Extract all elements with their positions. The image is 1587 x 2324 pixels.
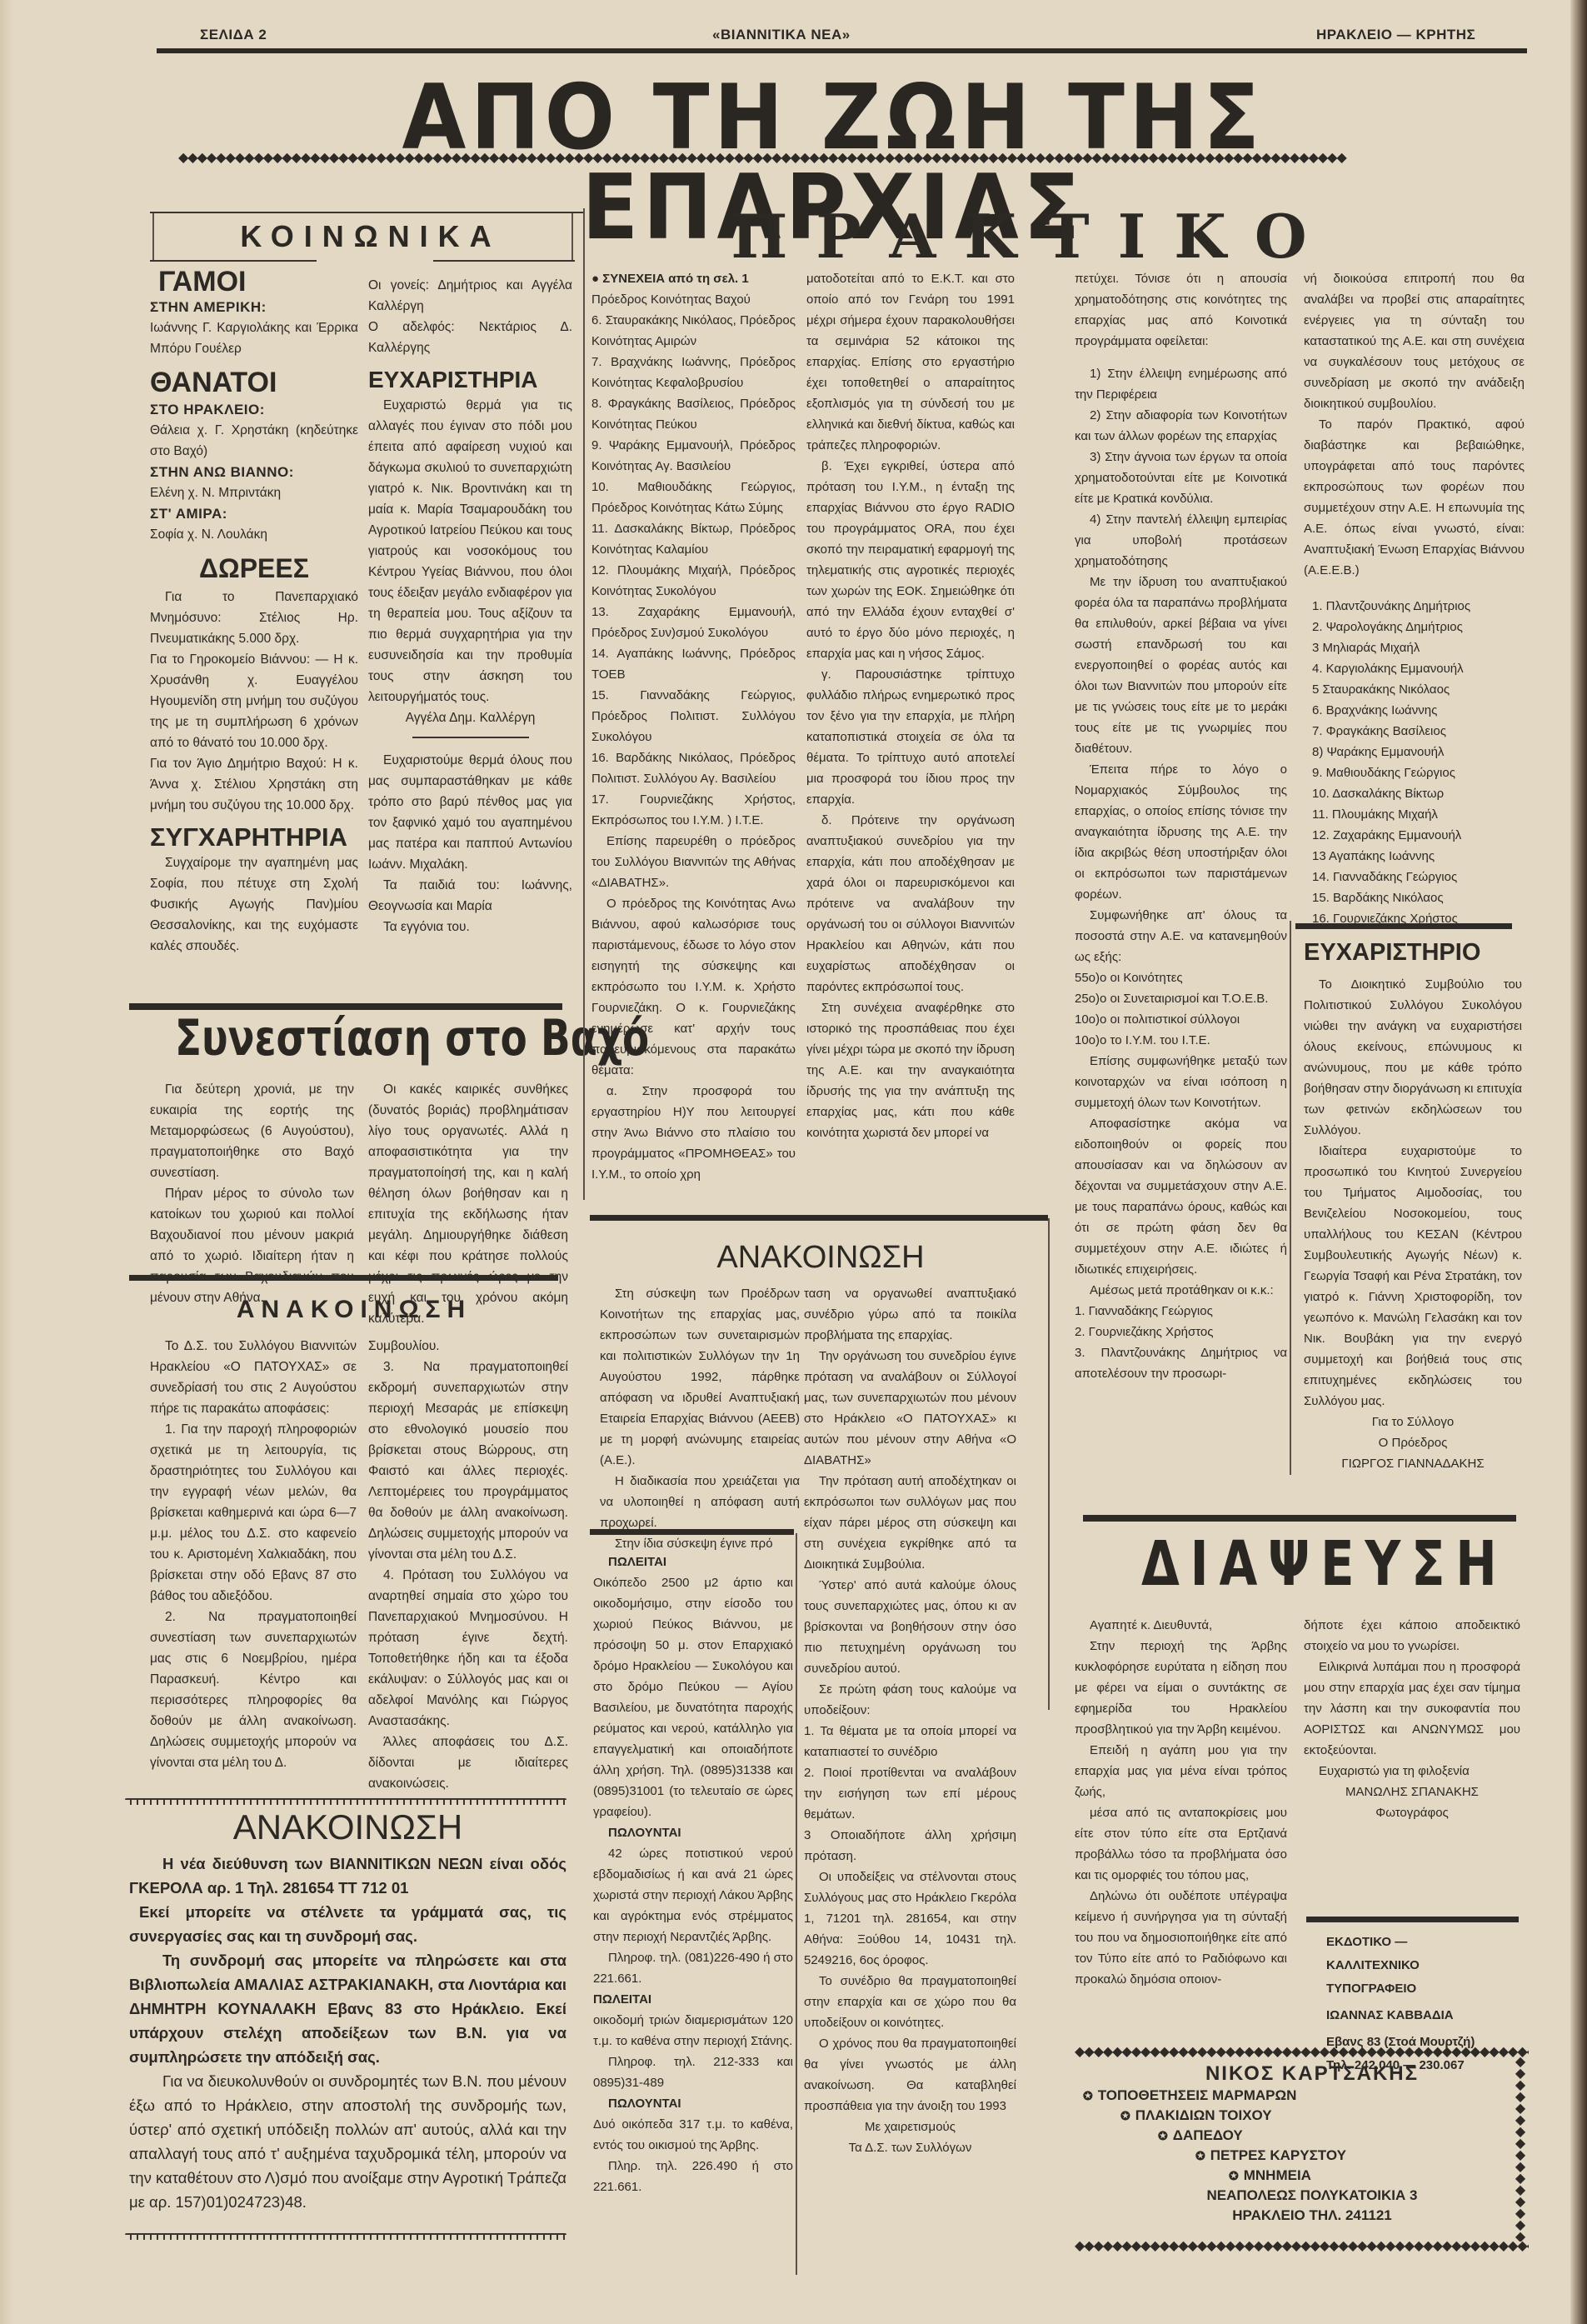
anakoinosi-synedrio-top-rule [590, 1215, 1048, 1221]
signatory: 5 Σταυρακάκης Νικόλαος [1304, 679, 1525, 700]
synedrio-paragraph: Οι υποδείξεις να στέλνονται στους Συλλόγ… [804, 1867, 1016, 1971]
ad-item: ✪ΔΑΠΕΔΟΥ [1075, 2126, 1516, 2146]
star-icon: ✪ [1229, 2169, 1239, 2182]
diapseusi-title: ΔΙΑΨΕΥΣΗ [1141, 1533, 1508, 1595]
eucharistirio-section: ΕΥΧΑΡΙΣΤΗΡΙΟ Το Διοικητικό Συμβούλιο του… [1304, 937, 1522, 1474]
praktiko-paragraph: 1) Στην έλλειψη ενημέρωσης από την Περιφ… [1075, 363, 1287, 405]
ad-item-label: ΔΑΠΕΔΟΥ [1173, 2127, 1243, 2143]
classified-text: 42 ώρες ποτιστικού νερού εβδομαδισίως ή … [593, 1843, 793, 1947]
koinonika-title: ΚΟΙΝΩΝΙΚΑ [154, 215, 587, 258]
eucharistiria-divider [412, 737, 529, 738]
praktiko-quota: 10ο)ο το Ι.Υ.Μ. του Ι.Τ.Ε. [1075, 1030, 1287, 1051]
ad-border-top: ◆◆◆◆◆◆◆◆◆◆◆◆◆◆◆◆◆◆◆◆◆◆◆◆◆◆◆◆◆◆◆◆◆◆◆◆◆◆◆◆… [1075, 2046, 1529, 2059]
praktiko-line: 7. Βραχνάκης Ιωάννης, Πρόεδρος Κοινότητα… [591, 352, 796, 393]
thanatoi-text-1: Θάλεια χ. Γ. Χρηστάκη (κηδεύτηκε στο Βαχ… [150, 420, 358, 462]
brother-line: Ο αδελφός: Νεκτάριος Δ. Καλλέργης [368, 317, 572, 358]
thanatoi-place-3: ΣΤ' ΑΜΙΡΑ: [150, 503, 358, 524]
header-rule [157, 48, 1527, 53]
synedrio-paragraph: Το συνέδριο θα πραγματοποιηθεί στην επαρ… [804, 1971, 1016, 2033]
anakoinosi-synedrio-col-2: ταση να οργανωθεί αναπτυξιακό συνέδριο γ… [804, 1283, 1016, 2158]
diamond-divider: ◆◆◆◆◆◆◆◆◆◆◆◆◆◆◆◆◆◆◆◆◆◆◆◆◆◆◆◆◆◆◆◆◆◆◆◆◆◆◆◆… [178, 152, 1486, 165]
page-edge-left [0, 0, 13, 2324]
eucharistirio-title: ΕΥΧΑΡΙΣΤΗΡΙΟ [1304, 937, 1522, 967]
praktiko-line: 6. Σταυρακάκης Νικόλαος, Πρόεδρος Κοινότ… [591, 310, 796, 352]
classified-contact: Πληρ. τηλ. 226.490 ή στο 221.661. [593, 2156, 793, 2197]
signatory: 1. Πλαντζουνάκης Δημήτριος [1304, 596, 1525, 617]
praktiko-paragraph: Συμφωνήθηκε απ' όλους τα ποσοστά στην Α.… [1075, 905, 1287, 967]
diapseusi-top-rule [1083, 1515, 1516, 1522]
koinonika-top-rule [150, 212, 583, 213]
praktiko-quota: 10ο)ο οι πολιτιστικοί σύλλογοι [1075, 1009, 1287, 1030]
praktiko-col-2: ματοδοτείται από το Ε.Κ.Τ. και στο οποίο… [806, 268, 1015, 1143]
signatory: 13 Αγαπάκης Ιωάννης [1304, 846, 1525, 867]
signatory: 15. Βαρδάκης Νικόλαος [1304, 887, 1525, 908]
wavy-divider-top [125, 1798, 566, 1805]
eucharistirio-sign: Για το Σύλλογο [1304, 1412, 1522, 1432]
gamoi-text: Ιωάννης Γ. Καργιολάκης και Έρρικα Μπόρυ … [150, 317, 358, 359]
print-shop-line: ΤΥΠΟΓΡΑΦΕΙΟ [1326, 1980, 1576, 1998]
ad-address: ΝΕΑΠΟΛΕΩΣ ΠΟΛΥΚΑΤΟΙΚΙΑ 3 [1075, 2186, 1516, 2206]
signatory: 6. Βραχνάκης Ιωάννης [1304, 700, 1525, 721]
ad-item-label: ΠΕΤΡΕΣ ΚΑΡΥΣΤΟΥ [1210, 2147, 1346, 2163]
eucharistirio-paragraph: Το Διοικητικό Συμβούλιο του Πολιτιστικού… [1304, 974, 1522, 1141]
patouchas-par-2: 1. Για την παροχή πληροφοριών σχετικά με… [150, 1419, 357, 1607]
synedrio-paragraph: Σε πρώτη φάση τους καλούμε να υποδείξουν… [804, 1679, 1016, 1721]
patouchas-par-7: Άλλες αποφάσεις του Δ.Σ. δίδονται με ιδι… [368, 1732, 568, 1794]
eucharistirio-sign: ΓΙΩΡΓΟΣ ΓΙΑΝΝΑΔΑΚΗΣ [1304, 1453, 1522, 1474]
praktiko-paragraph: Με την ίδρυση του αναπτυξιακού φορέα όλα… [1075, 572, 1287, 759]
diapseusi-signature-role: Φωτογράφος [1304, 1802, 1520, 1823]
star-icon: ✪ [1083, 2089, 1093, 2102]
praktiko-line: 11. Δασκαλάκης Βίκτωρ, Πρόεδρος Κοινότητ… [591, 518, 796, 560]
signatory: 2. Ψαρολογάκης Δημήτριος [1304, 617, 1525, 637]
diapseusi-paragraph: Στην περιοχή της Άρβης κυκλοφόρησε ευρύτ… [1075, 1636, 1287, 1740]
thanatoi-place-1: ΣΤΟ ΗΡΑΚΛΕΙΟ: [150, 399, 358, 420]
kartsakis-ad: ΝΙΚΟΣ ΚΑΡΤΣΑΚΗΣ ✪ΤΟΠΟΘΕΤΗΣΕΙΣ ΜΑΡΜΑΡΩΝ ✪… [1075, 2062, 1516, 2237]
eucharistiria-title: ΕΥΧΑΡΙΣΤΗΡΙΑ [368, 365, 572, 395]
diapseusi-col-1: Αγαπητέ κ. Διευθυντά, Στην περιοχή της Ά… [1075, 1615, 1287, 1990]
diapseusi-paragraph: Επειδή η αγάπη μου για την επαρχία μας γ… [1075, 1740, 1287, 1802]
praktiko-paragraph: δ. Πρότεινε την οργάνωση αναπτυξιακού συ… [806, 810, 1015, 997]
praktiko-paragraph: Επίσης συμφωνήθηκε μεταξύ των κοινοταρχώ… [1075, 1051, 1287, 1113]
address-bold-3: Τη συνδρομή σας μπορείτε να πληρώσετε κα… [129, 1948, 566, 2069]
classified-heading: ΠΩΛΟΥΝΤΑΙ [593, 2093, 793, 2114]
anakoinosi-1-top-rule [129, 1275, 558, 1281]
anakoinosi-synedrio-title: ΑΝΑΚΟΙΝΩΣΗ [591, 1240, 1050, 1275]
ad-item-label: ΤΟΠΟΘΕΤΗΣΕΙΣ ΜΑΡΜΑΡΩΝ [1098, 2087, 1297, 2103]
praktiko-continued: ● ΣΥΝΕΧΕΙΑ από τη σελ. 1 [591, 268, 796, 289]
eucharistirio-top-rule [1295, 923, 1512, 929]
dorees-par-2: Για το Γηροκομείο Βιάννου: — Η κ. Χρυσάν… [150, 649, 358, 753]
ad-item: ✪ΜΝΗΜΕΙΑ [1075, 2166, 1516, 2186]
thanatoi-title: ΘΑΝΑΤΟΙ [150, 366, 358, 399]
signatory: 9. Μαθιουδάκης Γεώργιος [1304, 762, 1525, 783]
praktiko-paragraph: Το παρόν Πρακτικό, αφού διαβάστηκε και β… [1304, 414, 1525, 581]
praktiko-title: ΠΡΑΚΤΙΚΟ [633, 207, 1433, 267]
anakoinosi-patouchas-title: ΑΝΑΚΟΙΝΩΣΗ [142, 1296, 566, 1324]
syneistiasi-par-1: Για δεύτερη χρονιά, με την ευκαιρία της … [150, 1079, 354, 1183]
synedrio-paragraph: Ύστερ' από αυτά καλούμε όλους τους συνεπ… [804, 1575, 1016, 1679]
patouchas-par-1: Το Δ.Σ. του Συλλόγου Βιαννιτών Ηρακλείου… [150, 1336, 357, 1419]
praktiko-paragraph: ματοδοτείται από το Ε.Κ.Τ. και στο οποίο… [806, 268, 1015, 456]
syneistiasi-par-2: Πήραν μέρος το σύνολο των κατοίκων του χ… [150, 1183, 354, 1308]
praktiko-line: 13. Ζαχαράκης Εμμανουήλ, Πρόεδρος Συν)σμ… [591, 602, 796, 643]
praktiko-line: 16. Βαρδάκης Νικόλαος, Πρόεδρος Πολιτιστ… [591, 747, 796, 789]
koinonika-col-1: ΓΑΜΟΙ ΣΤΗΝ ΑΜΕΡΙΚΗ: Ιωάννης Γ. Καργιολάκ… [150, 267, 358, 957]
signatory: 4. Καργιολάκης Εμμανουήλ [1304, 658, 1525, 679]
anakoinosi-address-body: Η νέα διεύθυνση των ΒΙΑΝΝΙΤΙΚΩΝ ΝΕΩΝ είν… [129, 1852, 566, 2214]
sygcharitiria-text: Συγχαίρομε την αγαπημένη μας Σοφία, που … [150, 852, 358, 957]
anakoinosi-patouchas-col-1: Το Δ.Σ. του Συλλόγου Βιαννιτών Ηρακλείου… [150, 1336, 357, 1773]
ad-name: ΝΙΚΟΣ ΚΑΡΤΣΑΚΗΣ [1075, 2062, 1516, 2086]
synedrio-paragraph: Στη σύσκεψη των Προέδρων Κοινοτήτων της … [600, 1283, 800, 1471]
diapseusi-paragraph: μέσα από τις ανταποκρίσεις μου είτε στον… [1075, 1802, 1287, 1886]
star-icon: ✪ [1120, 2109, 1130, 2122]
syneistiasi-col-1: Για δεύτερη χρονιά, με την ευκαιρία της … [150, 1079, 354, 1308]
praktiko-paragraph: Στη συνέχεια αναφέρθηκε στο ιστορικό της… [806, 997, 1015, 1143]
classifieds-right-rule [796, 1533, 797, 2275]
synedrio-item: 1. Τα θέματα με τα οποία μπορεί να καταπ… [804, 1721, 1016, 1762]
eucharistiria-sign-2a: Τα παιδιά του: Ιωάννης, Θεογνωσία και Μα… [368, 875, 572, 917]
diapseusi-paragraph: δήποτε έχει κάποιο αποδεικτικό στοιχείο … [1304, 1615, 1520, 1657]
classified-heading: ΠΩΛΕΙΤΑΙ [593, 1989, 793, 2010]
ad-item: ✪ΠΛΑΚΙΔΙΩΝ ΤΟΙΧΟΥ [1075, 2106, 1516, 2126]
praktiko-col-1: ● ΣΥΝΕΧΕΙΑ από τη σελ. 1 Πρόεδρος Κοινότ… [591, 268, 796, 1185]
praktiko-col-3: πετύχει. Τόνισε ότι η απουσία χρηματοδότ… [1075, 268, 1287, 1384]
signatory: 8) Ψαράκης Εμμανουήλ [1304, 742, 1525, 762]
praktiko-paragraph: β. Έχει εγκριθεί, ύστερα από πρόταση του… [806, 456, 1015, 664]
dorees-title: ΔΩΡΕΕΣ [150, 553, 358, 583]
synedrio-paragraph: Η διαδικασία που χρειάζεται για να υλοπο… [600, 1471, 800, 1533]
synedrio-paragraph: Την πρόταση αυτή αποδέχτηκαν οι εκπρόσωπ… [804, 1471, 1016, 1575]
classifieds-top-rule [590, 1529, 794, 1535]
praktiko-line: 8. Φραγκάκης Βασίλειος, Πρόεδρος Κοινότη… [591, 393, 796, 435]
praktiko-quota: 55ο)ο οι Κοινότητες [1075, 967, 1287, 988]
thanatoi-text-3: Σοφία χ. Ν. Λουλάκη [150, 524, 358, 545]
praktiko-paragraph: 3) Στην άγνοια των έργων τα οποία χρηματ… [1075, 447, 1287, 509]
praktiko-line: 12. Πλουμάκης Μιχαήλ, Πρόεδρος Κοινότητα… [591, 560, 796, 602]
praktiko-line: 9. Ψαράκης Εμμανουήλ, Πρόεδρος Κοινότητα… [591, 435, 796, 477]
ad-item-label: ΠΛΑΚΙΔΙΩΝ ΤΟΙΧΟΥ [1135, 2107, 1272, 2123]
praktiko-paragraph: Έπειτα πήρε το λόγο ο Νομαρχιακός Σύμβου… [1075, 759, 1287, 905]
synedrio-paragraph: Ο χρόνος που θα πραγματοποιηθεί θα γίνει… [804, 2033, 1016, 2117]
wavy-divider-bottom [125, 2233, 566, 2240]
ad-item-label: ΜΝΗΜΕΙΑ [1244, 2167, 1311, 2183]
header-city: ΗΡΑΚΛΕΙΟ — ΚΡΗΤΗΣ [1316, 27, 1475, 43]
gamoi-title: ΓΑΜΟΙ [150, 267, 358, 297]
praktiko-left-rule [583, 208, 585, 1200]
signatory: 7. Φραγκάκης Βασίλειος [1304, 721, 1525, 742]
diapseusi-signature: ΜΑΝΩΛΗΣ ΣΠΑΝΑΚΗΣ [1304, 1782, 1520, 1802]
eucharistirio-sign: Ο Πρόεδρος [1304, 1432, 1522, 1453]
koinonika-header: ΚΟΙΝΩΝΙΚΑ [154, 215, 587, 258]
star-icon: ✪ [1195, 2149, 1205, 2162]
praktiko-line: α. Στην προσφορά του εργαστηρίου Η)Υ που… [591, 1081, 796, 1185]
thanatoi-place-2: ΣΤΗΝ ΑΝΩ ΒΙΑΝΝΟ: [150, 462, 358, 482]
synedrio-item: 2. Ποιοί προτίθενται να αναλάβουν την ει… [804, 1762, 1016, 1825]
praktiko-paragraph: πετύχει. Τόνισε ότι η απουσία χρηματοδότ… [1075, 268, 1287, 352]
diapseusi-paragraph: Ειλικρινά λυπάμαι που η προσφορά μου στη… [1304, 1657, 1520, 1761]
signatory: 14. Γιανναδάκης Γεώργιος [1304, 867, 1525, 887]
synedrio-sign: Τα Δ.Σ. των Συλλόγων [804, 2137, 1016, 2158]
anakoinosi-address-title: ΑΝΑΚΟΙΝΩΣΗ [129, 1808, 566, 1847]
praktiko-line: Πρόεδρος Κοινότητας Βαχού [591, 289, 796, 310]
thanatoi-text-2: Ελένη χ. Ν. Μπριντάκη [150, 482, 358, 503]
diapseusi-col-2: δήποτε έχει κάποιο αποδεικτικό στοιχείο … [1304, 1615, 1520, 1823]
patouchas-par-4: Συμβουλίου. [368, 1336, 568, 1357]
gamoi-place: ΣΤΗΝ ΑΜΕΡΙΚΗ: [150, 297, 358, 317]
praktiko-quota: 25ο)ο οι Συνεταιρισμοί και Τ.Ο.Ε.Β. [1075, 988, 1287, 1009]
anakoinosi-synedrio-right-rule [1048, 1218, 1050, 1710]
koinonika-bottom-rule-left [150, 260, 317, 262]
praktiko-paragraph: Αποφασίστηκε ακόμα να ειδοποιηθούν οι φο… [1075, 1113, 1287, 1280]
praktiko-col-4: νή διοικούσα επιτροπή που θα αναλάβει να… [1304, 268, 1525, 929]
patouchas-par-5: 3. Να πραγματοποιηθεί εκδρομή συνεπαρχιω… [368, 1357, 568, 1565]
praktiko-paragraph: 4) Στην παντελή έλλειψη εμπειρίας για υπ… [1075, 509, 1287, 572]
newspaper-name: «ΒΙΑΝΝΙΤΙΚΑ ΝΕΑ» [712, 27, 851, 43]
diapseusi-paragraph: Δηλώνω ότι ουδέποτε υπέγραψα κείμενο ή σ… [1075, 1886, 1287, 1990]
classified-text: οικοδομή τριών διαμερισμάτων 120 τ.μ. το… [593, 2010, 793, 2052]
syneistiasi-col-2: Οι κακές καιρικές συνθήκες (δυνατός βορι… [368, 1079, 568, 1329]
diapseusi-paragraph: Ευχαριστώ για τη φιλοξενία [1304, 1761, 1520, 1782]
anakoinosi-patouchas-col-2: Συμβουλίου. 3. Να πραγματοποιηθεί εκδρομ… [368, 1336, 568, 1794]
ad-item: ✪ΠΕΤΡΕΣ ΚΑΡΥΣΤΟΥ [1075, 2146, 1516, 2166]
praktiko-paragraph: 2) Στην αδιαφορία των Κοινοτήτων και των… [1075, 405, 1287, 447]
synedrio-item: 3 Οποιαδήποτε άλλη χρήσιμη πρόταση. [804, 1825, 1016, 1867]
classified-heading: ΠΩΛΟΥΝΤΑΙ [593, 1822, 793, 1843]
address-bold-1: Η νέα διεύθυνση των ΒΙΑΝΝΙΤΙΚΩΝ ΝΕΩΝ είν… [129, 1852, 566, 1900]
address-bold-2: Εκεί μπορείτε να στέλνετε τα γράμματά σα… [129, 1900, 566, 1948]
dorees-par-3: Για τον Άγιο Δημήτριο Βαχού: Η κ. Άννα χ… [150, 753, 358, 816]
ad-phone: ΗΡΑΚΛΕΙΟ ΤΗΛ. 241121 [1075, 2206, 1516, 2226]
ad-item: ✪ΤΟΠΟΘΕΤΗΣΕΙΣ ΜΑΡΜΑΡΩΝ [1075, 2086, 1516, 2106]
signatory: 10. Δασκαλάκης Βίκτωρ [1304, 783, 1525, 804]
classifieds: ΠΩΛΕΙΤΑΙ Οικόπεδο 2500 μ2 άρτιο και οικο… [593, 1552, 793, 2197]
koinonika-bottom-rule-right [433, 260, 575, 262]
committee-member: 2. Γουρνιεζάκης Χρήστος [1075, 1322, 1287, 1342]
eucharistiria-text-1: Ευχαριστώ θερμά για τις αλλαγές που έγιν… [368, 395, 572, 707]
patouchas-par-6: 4. Πρόταση του Συλλόγου να αναρτηθεί σημ… [368, 1565, 568, 1732]
anakoinosi-synedrio-col-1: Στη σύσκεψη των Προέδρων Κοινοτήτων της … [600, 1283, 800, 1554]
sygcharitiria-title: ΣΥΓΧΑΡΗΤΗΡΙΑ [150, 822, 358, 852]
classified-heading: ΠΩΛΕΙΤΑΙ [593, 1552, 793, 1572]
eucharistiria-sign-2b: Τα εγγόνια του. [368, 917, 572, 937]
synedrio-paragraph: ταση να οργανωθεί αναπτυξιακό συνέδριο γ… [804, 1283, 1016, 1346]
print-shop-line: ΕΚΔΟΤΙΚΟ — [1326, 1933, 1576, 1952]
signatory: 12. Ζαχαράκης Εμμανουήλ [1304, 825, 1525, 846]
dorees-par-1: Για το Πανεπαρχιακό Μνημόσυνο: Στέλιος Η… [150, 587, 358, 649]
star-icon: ✪ [1158, 2129, 1168, 2142]
syneistiasi-title: Συνεστίαση στο Βαχό [175, 1013, 649, 1063]
syneistiasi-par-3: Οι κακές καιρικές συνθήκες (δυνατός βορι… [368, 1079, 568, 1329]
diapseusi-paragraph: Αγαπητέ κ. Διευθυντά, [1075, 1615, 1287, 1636]
committee-member: 3. Πλαντζουνάκης Δημήτριος να αποτελέσου… [1075, 1342, 1287, 1384]
eucharistirio-paragraph: Ιδιαίτερα ευχαριστούμε το προσωπικό του … [1304, 1141, 1522, 1412]
parents-line: Οι γονείς: Δημήτριος και Αγγέλα Καλλέργη [368, 275, 572, 317]
classified-contact: Πληροφ. τηλ. (081)226-490 ή στο 221.661. [593, 1947, 793, 1989]
eucharistiria-text-2: Ευχαριστούμε θερμά όλους που μας συμπαρα… [368, 750, 572, 875]
praktiko-line: 10. Μαθιουδάκης Γεώργιος, Πρόεδρος Κοινό… [591, 477, 796, 518]
praktiko-line: Ο πρόεδρος της Κοινότητας Ανω Βιάννου, α… [591, 893, 796, 1081]
signatory: 11. Πλουμάκης Μιχαήλ [1304, 804, 1525, 825]
praktiko-paragraph: νή διοικούσα επιτροπή που θα αναλάβει να… [1304, 268, 1525, 414]
eucharistirio-left-rule [1290, 921, 1291, 1475]
classified-text: Οικόπεδο 2500 μ2 άρτιο και οικοδομήσιμο,… [593, 1572, 793, 1822]
signatory: 3 Μηλιαράς Μιχαήλ [1304, 637, 1525, 658]
print-shop-name: ΙΩΑΝΝΑΣ ΚΑΒΒΑΔΙΑ [1326, 2007, 1576, 2025]
patouchas-par-3: 2. Να πραγματοποιηθεί συνεστίαση των συν… [150, 1607, 357, 1773]
praktiko-line: 15. Γιανναδάκης Γεώργιος, Πρόεδρος Πολιτ… [591, 685, 796, 747]
print-shop-top-rule [1306, 1917, 1519, 1922]
synedrio-sign: Με χαιρετισμούς [804, 2117, 1016, 2137]
page-number: ΣΕΛΙΔΑ 2 [200, 27, 267, 43]
praktiko-line: 14. Αγαπάκης Ιωάννης, Πρόεδρος ΤΟΕΒ [591, 643, 796, 685]
praktiko-line: Επίσης παρευρέθη ο πρόεδρος του Συλλόγου… [591, 831, 796, 893]
committee-member: 1. Γιανναδάκης Γεώργιος [1075, 1301, 1287, 1322]
address-text: Για να διευκολυνθούν οι συνδρομητές των … [129, 2069, 566, 2214]
praktiko-paragraph: Αμέσως μετά προτάθηκαν οι κ.κ.: [1075, 1280, 1287, 1301]
synedrio-paragraph: Την οργάνωση του συνεδρίου έγινε πρόταση… [804, 1346, 1016, 1471]
praktiko-line: 17. Γουρνιεζάκης Χρήστος, Εκπρόσωπος του… [591, 789, 796, 831]
ad-border-bottom: ◆◆◆◆◆◆◆◆◆◆◆◆◆◆◆◆◆◆◆◆◆◆◆◆◆◆◆◆◆◆◆◆◆◆◆◆◆◆◆◆… [1075, 2240, 1529, 2253]
praktiko-paragraph: γ. Παρουσιάστηκε τρίπτυχο φυλλάδιο πλήρω… [806, 664, 1015, 810]
koinonika-col-2: Οι γονείς: Δημήτριος και Αγγέλα Καλλέργη… [368, 275, 572, 937]
eucharistiria-sign-1: Αγγέλα Δημ. Καλλέργη [368, 707, 572, 728]
print-shop-line: ΚΑΛΛΙΤΕΧΝΙΚΟ [1326, 1957, 1576, 1975]
classified-contact: Πληροφ. τηλ. 212-333 και 0895)31-489 [593, 2052, 793, 2093]
classified-text: Δυό οικόπεδα 317 τ.μ. το καθένα, εντός τ… [593, 2114, 793, 2156]
